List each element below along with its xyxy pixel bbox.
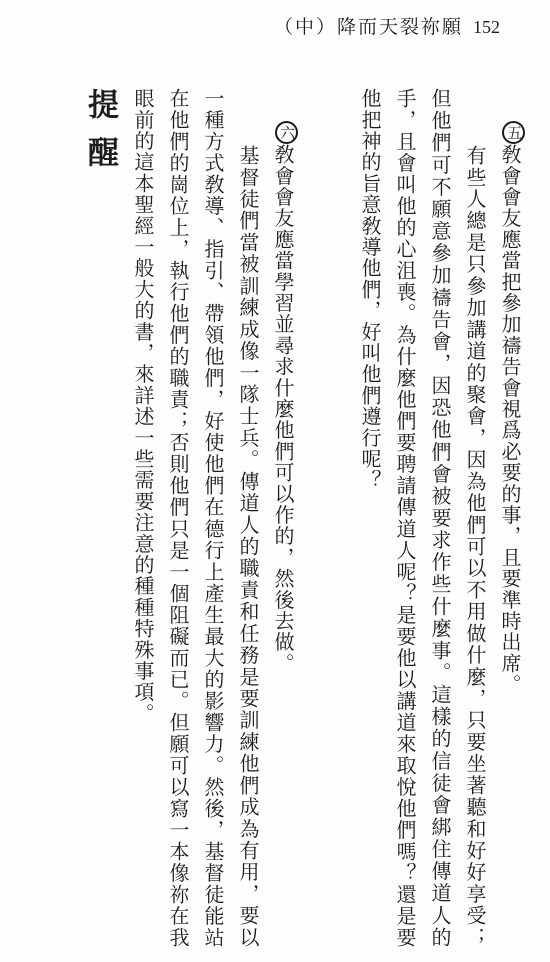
point-5-paragraph: 有些人總是只參加講道的聚會，因為他們可以不用做什麼，只要坐著聽和好好享受；但他們… (351, 88, 491, 948)
circled-five-marker: 五 (502, 121, 525, 144)
book-page: { "header": { "title_rtl": "（中）降而天裂祢願", … (0, 0, 550, 962)
point-6-heading: 六敎會會友應當學習並尋求什麼他們可以作的，然後去做。 (264, 88, 299, 948)
section-title: 提醒 (76, 88, 124, 948)
point-5-heading-text: 敎會會友應當把參加禱告會視爲必要的事，且要準時出席。 (498, 144, 520, 695)
point-6-paragraph: 基督徒們當被訓練成像一隊士兵。傳道人的職責和任務是要訓練他們成為有用，要以一種方… (124, 88, 264, 948)
page-number: 152 (473, 17, 500, 37)
point-5-heading: 五敎會會友應當把參加禱告會視爲必要的事，且要準時出席。 (491, 88, 526, 948)
book-title: （中）降而天裂祢願 (274, 17, 463, 38)
page-text-area: 五敎會會友應當把參加禱告會視爲必要的事，且要準時出席。 有些人總是只參加講道的聚… (18, 88, 526, 948)
running-head: （中）降而天裂祢願152 (0, 12, 500, 39)
point-6-heading-text: 敎會會友應當學習並尋求什麼他們可以作的，然後去做。 (271, 144, 293, 674)
circled-six-marker: 六 (275, 121, 298, 144)
